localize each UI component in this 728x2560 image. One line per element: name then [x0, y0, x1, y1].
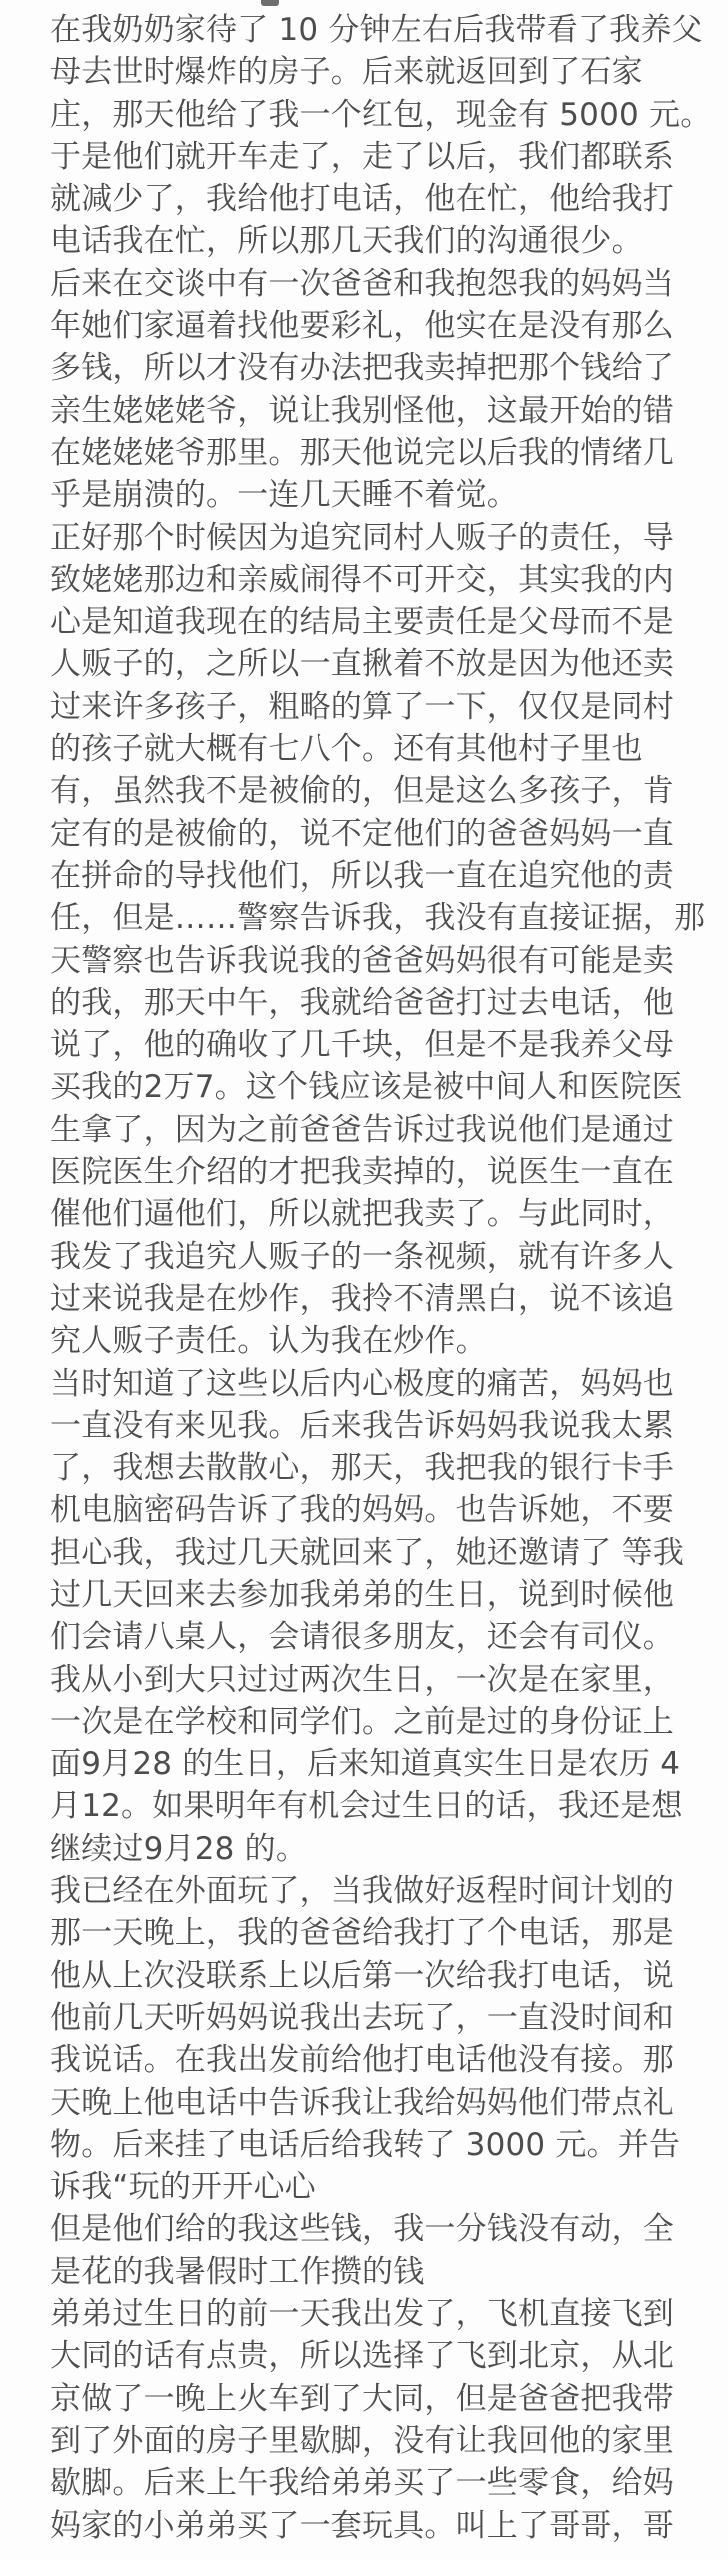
text-line: 任，但是……警察告诉我，我没有直接证据，那 — [50, 897, 702, 939]
text-line: 了，我想去散散心，那天，我把我的银行卡手 — [50, 1447, 702, 1489]
text-line: 是花的我暑假时工作攒的钱 — [50, 2251, 702, 2293]
text-line: 他从上次没联系上以后第一次给我打电话，说 — [50, 1955, 702, 1997]
text-line: 定有的是被偷的，说不定他们的爸爸妈妈一直 — [50, 813, 702, 855]
text-line: 面9月28 的生日，后来知道真实生日是农历 4 — [50, 1743, 702, 1785]
text-line: 月12。如果明年有机会过生日的话，我还是想 — [50, 1785, 702, 1827]
text-line: 京做了一晚上火车到了大同，但是爸爸把我带 — [50, 2378, 702, 2420]
text-line: 过来许多孩子，粗略的算了一下，仅仅是同村 — [50, 686, 702, 728]
text-line: 于是他们就开车走了，走了以后，我们都联系 — [50, 136, 702, 178]
text-line: 一直没有来见我。后来我告诉妈妈我说我太累 — [50, 1405, 702, 1447]
text-line: 庄，那天他给了我一个红包，现金有 5000 元。 — [50, 94, 702, 136]
text-line: 当时知道了这些以后内心极度的痛苦，妈妈也 — [50, 1363, 702, 1405]
text-line: 母去世时爆炸的房子。后来就返回到了石家 — [50, 51, 702, 93]
text-line: 人贩子的，之所以一直揪着不放是因为他还卖 — [50, 643, 702, 685]
text-line: 大同的话有点贵，所以选择了飞到北京，从北 — [50, 2335, 702, 2377]
text-line: 的孩子就大概有七八个。还有其他村子里也 — [50, 728, 702, 770]
text-post-page: 在我奶奶家待了 10 分钟左右后我带看了我养父母去世时爆炸的房子。后来就返回到了… — [0, 0, 728, 2560]
text-line: 天警察也告诉我说我的爸爸妈妈很有可能是卖 — [50, 940, 702, 982]
text-line: 买我的2万7。这个钱应该是被中间人和医院医 — [50, 1066, 702, 1108]
text-line: 电话我在忙，所以那几天我们的沟通很少。 — [50, 220, 702, 262]
text-line: 那一天晚上，我的爸爸给我打了个电话，那是 — [50, 1912, 702, 1954]
text-line: 担心我，我过几天就回来了，她还邀请了 等我 — [50, 1532, 702, 1574]
text-line: 天晚上他电话中告诉我让我给妈妈他们带点礼 — [50, 2082, 702, 2124]
text-line: 后来在交谈中有一次爸爸和我抱怨我的妈妈当 — [50, 263, 702, 305]
text-line: 诉我“玩的开开心心 — [50, 2166, 702, 2208]
text-line: 弟弟过生日的前一天我出发了，飞机直接飞到 — [50, 2293, 702, 2335]
text-line: 过来说我是在炒作，我拎不清黑白，说不该追 — [50, 1278, 702, 1320]
text-line: 有，虽然我不是被偷的，但是这么多孩子，肯 — [50, 770, 702, 812]
text-line: 我从小到大只过过两次生日，一次是在家里， — [50, 1659, 702, 1701]
text-line: 们会请八桌人，会请很多朋友，还会有司仪。 — [50, 1616, 702, 1658]
text-line: 他前几天听妈妈说我出去玩了，一直没时间和 — [50, 1997, 702, 2039]
text-line: 的我，那天中午，我就给爸爸打过去电话，他 — [50, 982, 702, 1024]
article-text: 在我奶奶家待了 10 分钟左右后我带看了我养父母去世时爆炸的房子。后来就返回到了… — [0, 0, 728, 2547]
text-line: 继续过9月28 的。 — [50, 1828, 702, 1870]
text-line: 过几天回来去参加我弟弟的生日，说到时候他 — [50, 1574, 702, 1616]
text-line: 生拿了，因为之前爸爸告诉过我说他们是通过 — [50, 1109, 702, 1151]
text-line: 我说话。在我出发前给他打电话他没有接。那 — [50, 2039, 702, 2081]
text-line: 乎是崩溃的。一连几天睡不着觉。 — [50, 474, 702, 516]
text-line: 我发了我追究人贩子的一条视频，就有许多人 — [50, 1236, 702, 1278]
text-line: 妈家的小弟弟买了一套玩具。叫上了哥哥，哥 — [50, 2505, 702, 2547]
text-line: 说了，他的确收了几千块，但是不是我养父母 — [50, 1024, 702, 1066]
text-line: 催他们逼他们，所以就把我卖了。与此同时， — [50, 1193, 702, 1235]
text-line: 物。后来挂了电话后给我转了 3000 元。并告 — [50, 2124, 702, 2166]
text-line: 在我奶奶家待了 10 分钟左右后我带看了我养父 — [50, 9, 702, 51]
text-line: 到了外面的房子里歇脚，没有让我回他的家里 — [50, 2420, 702, 2462]
text-line: 心是知道我现在的结局主要责任是父母而不是 — [50, 601, 702, 643]
text-line: 究人贩子责任。认为我在炒作。 — [50, 1320, 702, 1362]
text-line: 歇脚。后来上午我给弟弟买了一些零食，给妈 — [50, 2462, 702, 2504]
text-line: 机电脑密码告诉了我的妈妈。也告诉她，不要 — [50, 1489, 702, 1531]
text-line: 一次是在学校和同学们。之前是过的身份证上 — [50, 1701, 702, 1743]
text-line: 多钱，所以才没有办法把我卖掉把那个钱给了 — [50, 347, 702, 389]
text-line: 但是他们给的我这些钱，我一分钱没有动，全 — [50, 2208, 702, 2250]
text-line: 在拼命的导找他们，所以我一直在追究他的责 — [50, 855, 702, 897]
text-line: 致姥姥那边和亲威闹得不可开交，其实我的内 — [50, 559, 702, 601]
text-line: 就减少了，我给他打电话，他在忙，他给我打 — [50, 178, 702, 220]
text-line: 亲生姥姥姥爷，说让我别怪他，这最开始的错 — [50, 390, 702, 432]
text-line: 正好那个时候因为追究同村人贩子的责任，导 — [50, 517, 702, 559]
text-line: 年她们家逼着找他要彩礼，他实在是没有那么 — [50, 305, 702, 347]
text-line: 我已经在外面玩了，当我做好返程时间计划的 — [50, 1870, 702, 1912]
text-line: 医院医生介绍的才把我卖掉的，说医生一直在 — [50, 1151, 702, 1193]
text-line: 在姥姥姥爷那里。那天他说完以后我的情绪几 — [50, 432, 702, 474]
